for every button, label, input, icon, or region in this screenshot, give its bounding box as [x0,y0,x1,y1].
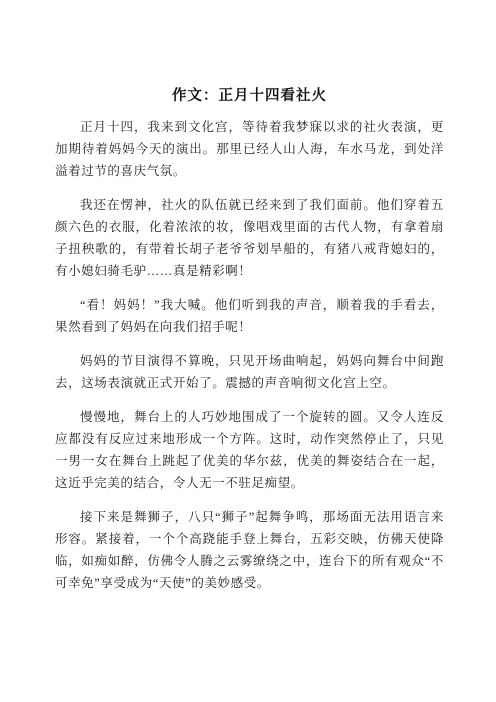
essay-paragraph: 正月十四，我来到文化宫，等待着我梦寐以求的社火表演，更加期待着妈妈今天的演出。那… [55,116,444,182]
essay-title: 作文：正月十四看社火 [55,84,444,105]
document-page: 作文：正月十四看社火 正月十四，我来到文化宫，等待着我梦寐以求的社火表演，更加期… [0,0,496,702]
essay-body: 正月十四，我来到文化宫，等待着我梦寐以求的社火表演，更加期待着妈妈今天的演出。那… [55,116,444,594]
essay-paragraph: 慢慢地，舞台上的人巧妙地围成了一个旋转的圆。又令人连反应都没有反应过来地形成一个… [55,406,444,494]
essay-paragraph: 接下来是舞狮子，八只“狮子”起舞争鸣，那场面无法用语言来形容。紧接着，一个个高跷… [55,506,444,594]
essay-paragraph: 妈妈的节目演得不算晚，只见开场曲响起，妈妈向舞台中间跑去，这场表演就正式开始了。… [55,350,444,394]
essay-paragraph: “看！妈妈！”我大喊。他们听到我的声音，顺着我的手看去，果然看到了妈妈在向我们招… [55,294,444,338]
essay-paragraph: 我还在愣神，社火的队伍就已经来到了我们面前。他们穿着五颜六色的衣服，化着浓浓的妆… [55,194,444,282]
